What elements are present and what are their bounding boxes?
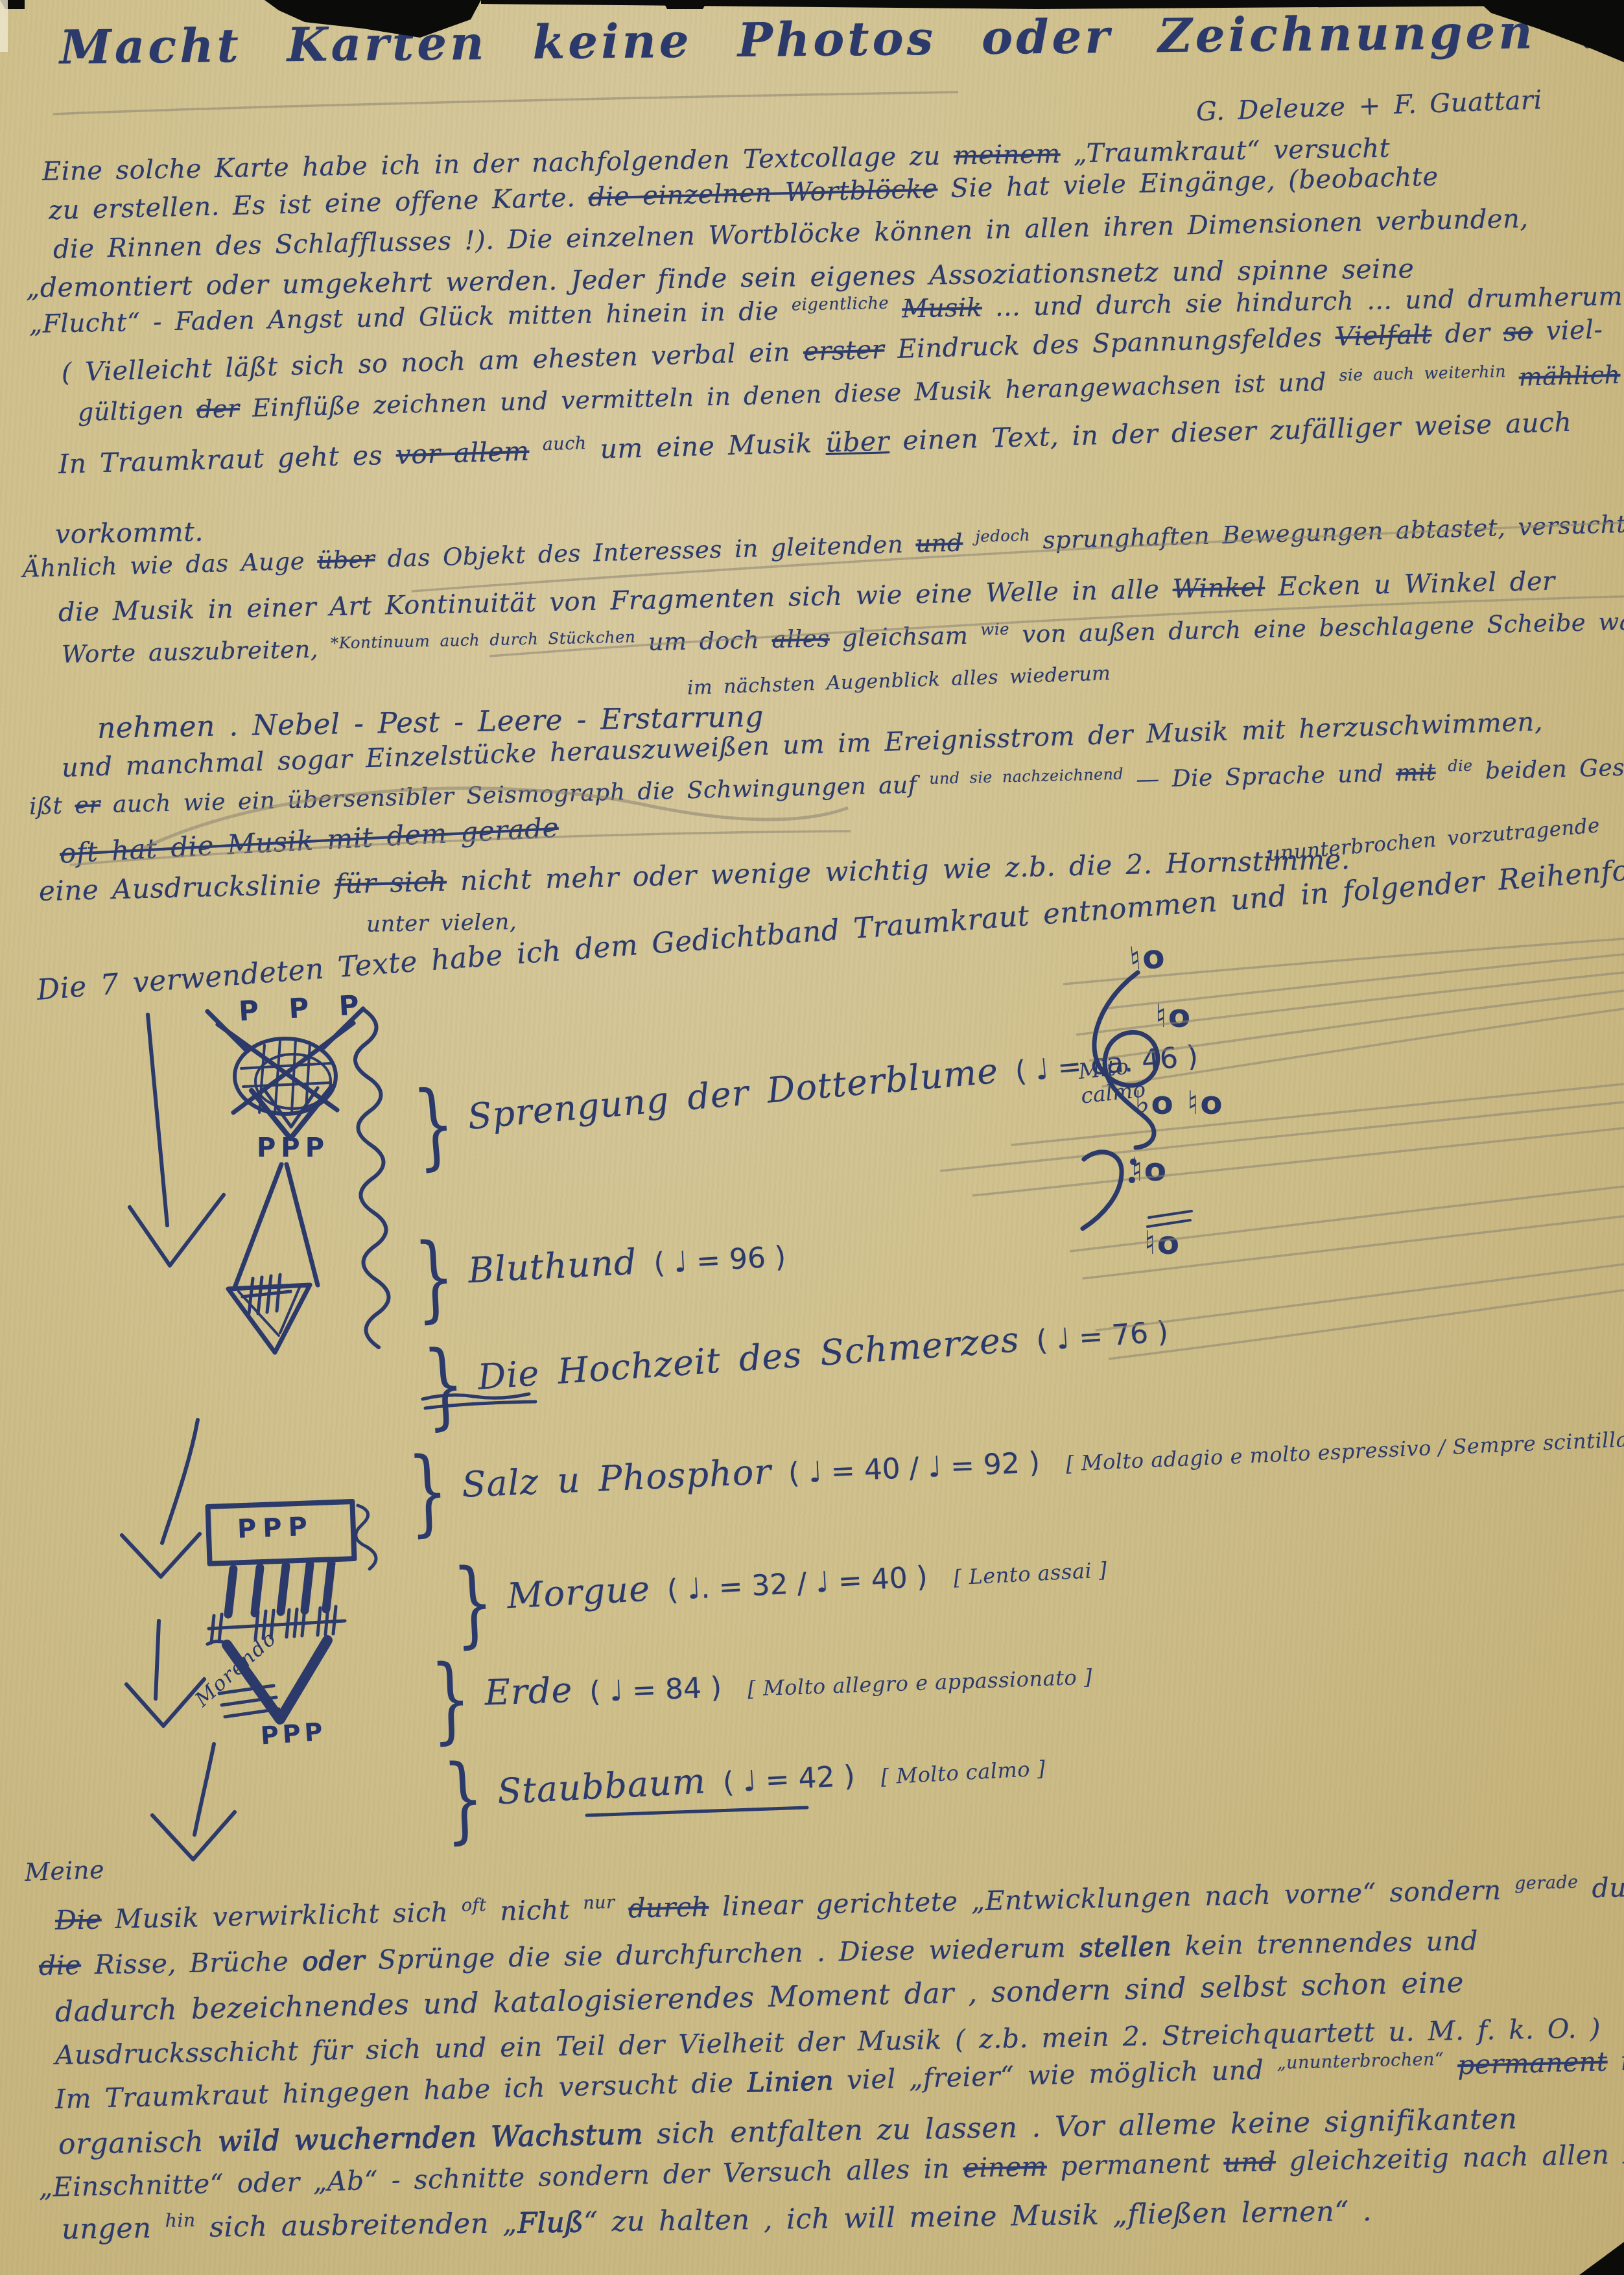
dynamics-label: PPP xyxy=(237,1512,314,1544)
pencil-underline xyxy=(53,92,958,114)
list-item: }Morgue( ♩. = 32 / ♩ = 40 )[ Lento assai… xyxy=(452,1537,1109,1644)
list-item: }Bluthund( ♩ = 96 ) xyxy=(413,1227,788,1319)
note-glyph: ♮o xyxy=(1131,1151,1168,1188)
dynamics-label: PPP xyxy=(257,1133,329,1163)
tempo-marking: [ Molto calmo ] xyxy=(880,1756,1046,1789)
piece-title: Morgue xyxy=(506,1568,652,1616)
tempo-indication: ( ♩ = 76 ) xyxy=(1035,1315,1170,1357)
note-glyph: ♭o ♮o xyxy=(1135,1084,1224,1122)
paragraph-line: vorkommt. xyxy=(55,516,204,550)
list-item: }Erde( ♩ = 84 )[ Molto allegro e appassi… xyxy=(430,1644,1094,1740)
paper-edge-light xyxy=(0,0,8,52)
morendo-label: Morendo xyxy=(191,1626,281,1711)
tempo-marking: [ Lento assai ] xyxy=(953,1557,1108,1590)
inserted-word: Meine xyxy=(24,1856,104,1887)
dynamics-label: PPP xyxy=(260,1717,327,1750)
down-arrow-icon xyxy=(126,1621,204,1726)
down-arrow-icon xyxy=(152,1744,235,1859)
inserted-note: ununterbrochen vorzutragende xyxy=(1266,814,1601,866)
brace-icon: } xyxy=(412,1222,457,1333)
tempo-marking: [ Molto adagio e molto espressivo / Semp… xyxy=(1065,1424,1624,1476)
wavy-brace xyxy=(355,1010,389,1347)
paragraph-line: ungen hin sich ausbreitenden „Fluß“ zu h… xyxy=(62,2195,1372,2246)
brace-icon: } xyxy=(441,1743,486,1854)
bar-strokes xyxy=(228,1563,331,1614)
dynamics-label: P P P xyxy=(238,989,370,1027)
piece-title: Erde xyxy=(484,1669,573,1714)
tempo-indication: ( ♩ = 84 ) xyxy=(589,1671,722,1708)
list-item: }Die Hochzeit des Schmerzes( ♩ = 76 ) xyxy=(422,1302,1171,1426)
piece-title: Die Hochzeit des Schmerzes xyxy=(477,1319,1021,1397)
down-arrow-icon xyxy=(122,1420,200,1577)
brace-icon: } xyxy=(410,1069,458,1181)
tempo-indication: ( ♩ = 42 ) xyxy=(722,1759,856,1799)
paragraph-line: unter vielen, xyxy=(366,909,517,937)
note-glyph: ♮o xyxy=(1128,937,1168,978)
piece-title: Sprengung der Dotterblume xyxy=(466,1050,1000,1137)
funnel-triangle xyxy=(228,1285,310,1352)
flower-scribble xyxy=(207,1009,363,1138)
piece-title: Bluthund xyxy=(467,1242,638,1291)
brace-icon: } xyxy=(421,1329,468,1441)
manuscript-page: Macht Karten keine Photos oder Zeichnung… xyxy=(0,0,1624,2275)
note-glyph: ♮o xyxy=(1155,997,1192,1035)
list-item: }Salz u Phosphor( ♩ = 40 / ♩ = 92 )[ Mol… xyxy=(407,1404,1624,1532)
brace-icon: } xyxy=(451,1548,496,1658)
brace-icon: } xyxy=(429,1644,473,1754)
struck-line: oft hat die Musik mit dem gerade xyxy=(59,812,559,869)
tempo-indication: ( ♩ = 96 ) xyxy=(653,1240,786,1280)
piece-title: Staubbaum xyxy=(497,1760,707,1812)
piece-title: Salz u Phosphor xyxy=(461,1451,772,1505)
narrow-v-lines xyxy=(235,1164,318,1288)
tempo-indication: ( ♩. = 32 / ♩ = 40 ) xyxy=(666,1560,928,1607)
page-title: Macht Karten keine Photos oder Zeichnung… xyxy=(60,3,1602,75)
bass-clef-icon xyxy=(1083,1152,1136,1229)
small-brace xyxy=(356,1505,376,1569)
hatch-marks xyxy=(242,1275,290,1314)
note-glyph: ♮o xyxy=(1144,1224,1181,1262)
list-item: }Staubbaum( ♩ = 42 )[ Molto calmo ] xyxy=(442,1736,1048,1839)
down-arrow-icon xyxy=(130,1015,224,1266)
tempo-indication: ( ♩ = 40 / ♩ = 92 ) xyxy=(788,1446,1041,1490)
tempo-marking: [ Molto allegro e appassionato ] xyxy=(747,1664,1093,1701)
inserted-note: im nächsten Augenblick alles wiederum xyxy=(687,662,1111,700)
brace-icon: } xyxy=(406,1436,450,1547)
attribution: G. Deleuze + F. Guattari xyxy=(1195,85,1542,127)
